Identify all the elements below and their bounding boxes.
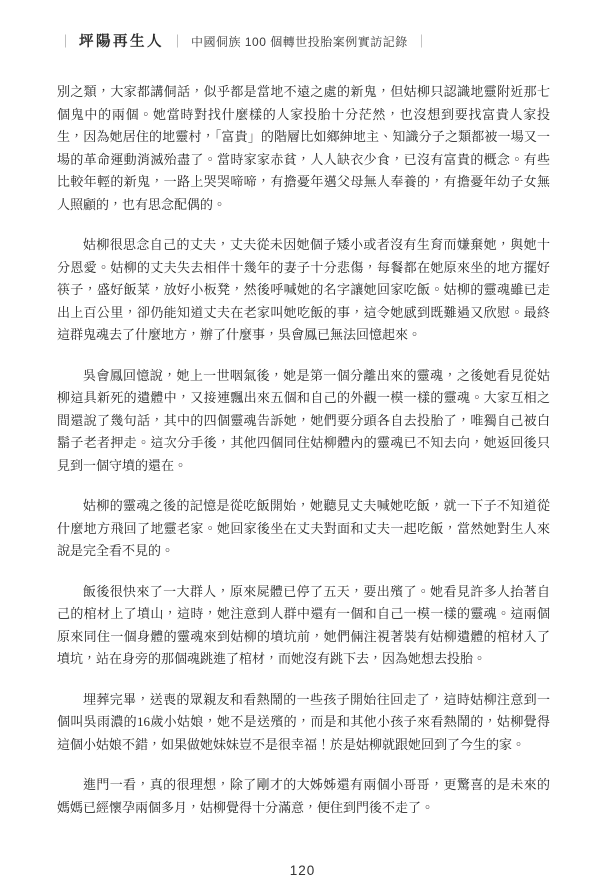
body-paragraph: 埋葬完畢，送喪的眾親友和看熱鬧的一些孩子開始往回走了，這時姑柳注意到一個叫吳雨濃… [57,689,550,757]
series-title: 坪陽再生人 [79,30,164,51]
body-paragraph: 飯後很快來了一大群人，原來屍體已停了五天，要出殯了。她看見許多人抬著自己的棺材上… [57,581,550,671]
book-subtitle: 中國侗族 100 個轉世投胎案例實訪記錄 [191,33,408,50]
body-paragraph: 姑柳的靈魂之後的記憶是從吃飯開始，她聽見丈夫喊她吃飯，就一下子不知道從什麼地方飛… [57,495,550,563]
header-separator-bar: ｜ [59,31,72,50]
page-number: 120 [290,863,316,878]
page-body-text: 別之類，大家都講侗話，似乎都是當地不遠之處的新鬼，但姑柳只認識地靈附近那七個鬼中… [57,81,550,819]
header-separator-bar: ｜ [415,31,428,50]
body-paragraph: 別之類，大家都講侗話，似乎都是當地不遠之處的新鬼，但姑柳只認識地靈附近那七個鬼中… [57,81,550,216]
page-footer: 120 [0,862,605,880]
body-paragraph: 姑柳很思念自己的丈夫，丈夫從未因她個子矮小或者沒有生育而嫌棄她，與她十分恩愛。姑… [57,234,550,347]
header-separator-bar: ｜ [171,31,184,50]
body-paragraph: 進門一看，真的很理想，除了剛才的大姊姊還有兩個小哥哥，更驚喜的是未來的媽媽已經懷… [57,774,550,819]
book-page: ｜ 坪陽再生人 ｜ 中國侗族 100 個轉世投胎案例實訪記錄 ｜ 別之類，大家都… [0,0,605,896]
body-paragraph: 吳會鳳回憶說，她上一世咽氣後，她是第一個分離出來的靈魂，之後她看見從姑柳這具新死… [57,365,550,478]
running-header: ｜ 坪陽再生人 ｜ 中國侗族 100 個轉世投胎案例實訪記錄 ｜ [57,30,550,51]
